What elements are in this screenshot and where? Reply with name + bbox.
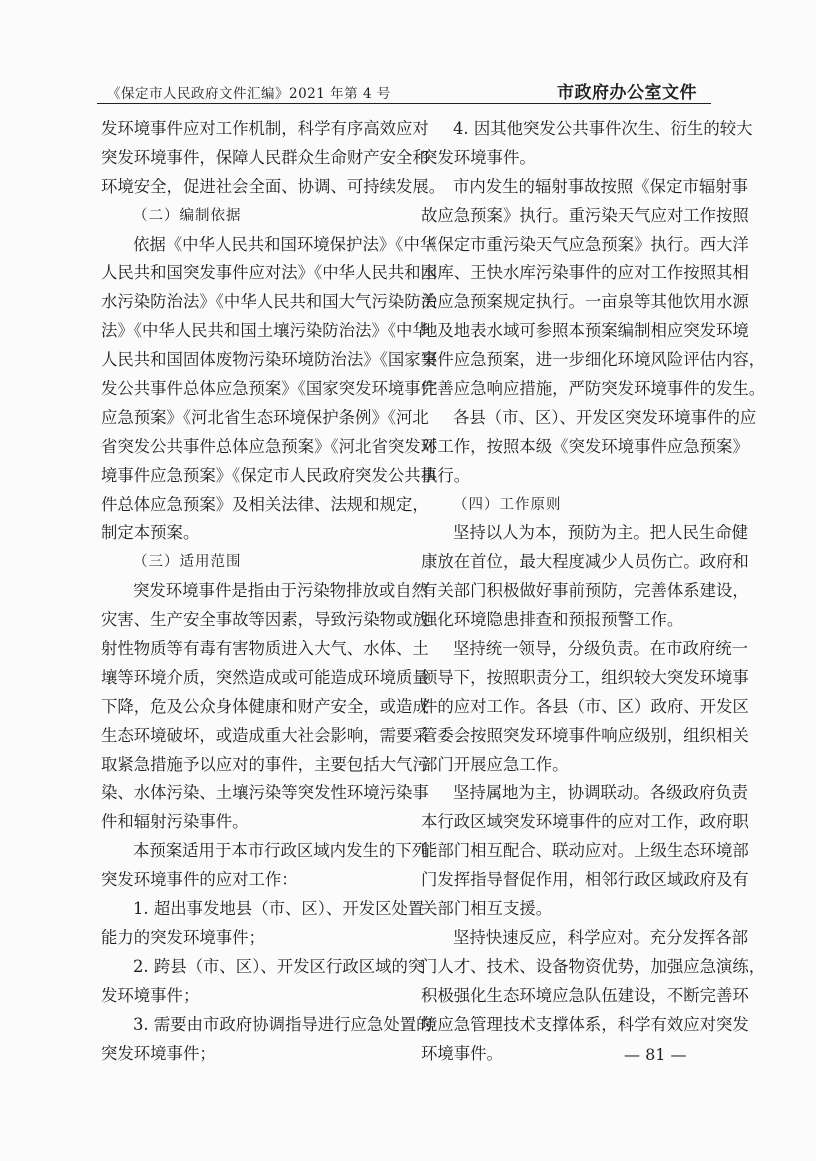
text-line: 本行政区域突发环境事件的应对工作，政府职 — [421, 808, 717, 837]
text-line: 故应急预案》执行。重污染天气应对工作按照 — [421, 202, 717, 231]
text-line: 制定本预案。 — [101, 519, 397, 548]
text-line: 发环境事件应对工作机制，科学有序高效应对 — [101, 115, 397, 144]
text-line: 门人才、技术、设备物资优势，加强应急演练， — [421, 953, 717, 982]
text-line: 康放在首位，最大程度减少人员伤亡。政府和 — [421, 548, 717, 577]
text-line: 突发环境事件。 — [421, 144, 717, 173]
text-line: 有关部门积极做好事前预防，完善体系建设， — [421, 577, 717, 606]
section-heading: （四）工作原则 — [421, 491, 717, 520]
text-line: 射性物质等有毒有害物质进入大气、水体、土 — [101, 635, 397, 664]
text-line: 应急预案》《河北省生态环境保护条例》《河北 — [101, 404, 397, 433]
text-line: 境事件应急预案》《保定市人民政府突发公共事 — [101, 462, 397, 491]
section-heading: （三）适用范围 — [101, 548, 397, 577]
text-line: 关部门相互支援。 — [421, 895, 717, 924]
text-line: 领导下，按照职责分工，组织较大突发环境事 — [421, 664, 717, 693]
text-line: 3. 需要由市政府协调指导进行应急处置的 — [101, 1011, 397, 1040]
text-line: 突发环境事件，保障人民群众生命财产安全和 — [101, 144, 397, 173]
text-line: 水污染防治法》《中华人民共和国大气污染防治 — [101, 288, 397, 317]
text-line: 部门开展应急工作。 — [421, 751, 717, 780]
text-line: 突发环境事件； — [101, 1040, 397, 1069]
text-line: 关应急预案规定执行。一亩泉等其他饮用水源 — [421, 288, 717, 317]
text-line: 2. 跨县（市、区）、开发区行政区域的突 — [101, 953, 397, 982]
left-column: 发环境事件应对工作机制，科学有序高效应对突发环境事件，保障人民群众生命财产安全和… — [101, 115, 397, 1068]
text-line: 突发环境事件的应对工作： — [101, 866, 397, 895]
text-line: 件和辐射污染事件。 — [101, 808, 397, 837]
text-line: 省突发公共事件总体应急预案》《河北省突发环 — [101, 433, 397, 462]
right-column: 4. 因其他突发公共事件次生、衍生的较大突发环境事件。市内发生的辐射事故按照《保… — [421, 115, 717, 1068]
text-line: 能部门相互配合、联动应对。上级生态环境部 — [421, 837, 717, 866]
text-line: 人民共和国固体废物污染环境防治法》《国家突 — [101, 346, 397, 375]
section-title: 市政府办公室文件 — [557, 78, 697, 103]
text-line: 执行。 — [421, 462, 717, 491]
text-line: 门发挥指导督促作用，相邻行政区域政府及有 — [421, 866, 717, 895]
text-line: 发公共事件总体应急预案》《国家突发环境事件 — [101, 375, 397, 404]
text-line: 管委会按照突发环境事件响应级别，组织相关 — [421, 722, 717, 751]
page-header: 《保定市人民政府文件汇编》2021 年第 4 号 市政府办公室文件 — [97, 78, 711, 104]
text-line: 坚持统一领导，分级负责。在市政府统一 — [421, 635, 717, 664]
text-line: 对工作，按照本级《突发环境事件应急预案》 — [421, 433, 717, 462]
text-line: 各县（市、区）、开发区突发环境事件的应 — [421, 404, 717, 433]
text-line: 境应急管理技术支撑体系，科学有效应对突发 — [421, 1011, 717, 1040]
text-line: 市内发生的辐射事故按照《保定市辐射事 — [421, 173, 717, 202]
text-line: 1. 超出事发地县（市、区）、开发区处置 — [101, 895, 397, 924]
section-heading: （二）编制依据 — [101, 202, 397, 231]
text-line: 坚持快速反应，科学应对。充分发挥各部 — [421, 924, 717, 953]
text-line: 积极强化生态环境应急队伍建设，不断完善环 — [421, 982, 717, 1011]
text-line: 环境安全，促进社会全面、协调、可持续发展。 — [101, 173, 397, 202]
text-line: 坚持属地为主，协调联动。各级政府负责 — [421, 779, 717, 808]
text-line: 法》《中华人民共和国土壤污染防治法》《中华 — [101, 317, 397, 346]
text-line: 完善应急响应措施，严防突发环境事件的发生。 — [421, 375, 717, 404]
text-line: 坚持以人为本，预防为主。把人民生命健 — [421, 519, 717, 548]
text-line: 能力的突发环境事件； — [101, 924, 397, 953]
text-line: 水库、王快水库污染事件的应对工作按照其相 — [421, 259, 717, 288]
text-line: 人民共和国突发事件应对法》《中华人民共和国 — [101, 259, 397, 288]
text-line: 件的应对工作。各县（市、区）政府、开发区 — [421, 693, 717, 722]
text-line: 依据《中华人民共和国环境保护法》《中华 — [101, 231, 397, 260]
text-line: 本预案适用于本市行政区域内发生的下列 — [101, 837, 397, 866]
text-line: 壤等环境介质，突然造成或可能造成环境质量 — [101, 664, 397, 693]
text-line: 件总体应急预案》及相关法律、法规和规定， — [101, 491, 397, 520]
page-number: — 81 — — [624, 1045, 687, 1064]
text-line: 地及地表水域可参照本预案编制相应突发环境 — [421, 317, 717, 346]
text-line: 染、水体污染、土壤污染等突发性环境污染事 — [101, 779, 397, 808]
text-line: 下降，危及公众身体健康和财产安全，或造成 — [101, 693, 397, 722]
text-line: 4. 因其他突发公共事件次生、衍生的较大 — [421, 115, 717, 144]
text-line: 事件应急预案，进一步细化环境风险评估内容， — [421, 346, 717, 375]
text-line: 突发环境事件是指由于污染物排放或自然 — [101, 577, 397, 606]
text-line: 发环境事件； — [101, 982, 397, 1011]
text-line: 生态环境破坏，或造成重大社会影响，需要采 — [101, 722, 397, 751]
text-line: 灾害、生产安全事故等因素，导致污染物或放 — [101, 606, 397, 635]
text-line: 取紧急措施予以应对的事件，主要包括大气污 — [101, 751, 397, 780]
text-line: 《保定市重污染天气应急预案》执行。西大洋 — [421, 231, 717, 260]
text-line: 强化环境隐患排查和预报预警工作。 — [421, 606, 717, 635]
publication-title: 《保定市人民政府文件汇编》2021 年第 4 号 — [107, 82, 391, 102]
